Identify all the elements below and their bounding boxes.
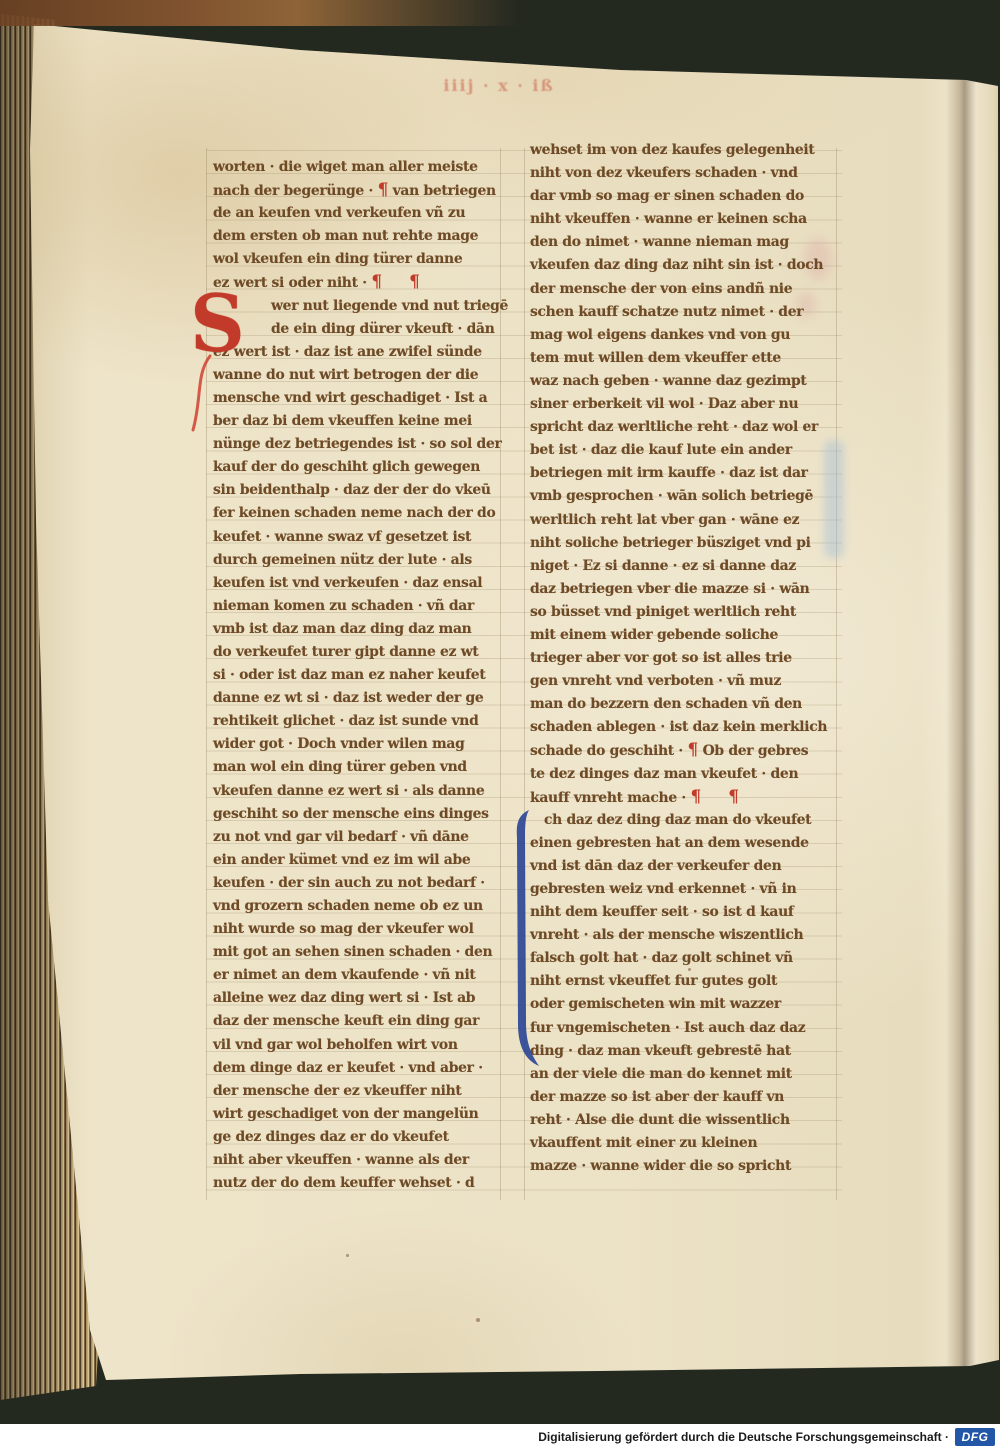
manuscript-line: siner erberkeit vil wol · Daz aber nu [530, 393, 834, 416]
manuscript-line: einen gebresten hat an dem wesende [530, 832, 834, 855]
manuscript-line: kauf der do geschiht glich gewegen [213, 456, 501, 479]
manuscript-line: vil vnd gar wol beholfen wirt von [213, 1034, 501, 1057]
manuscript-line: nutz der do dem keuffer wehset · d [213, 1172, 501, 1195]
manuscript-line: vnd ist dān daz der verkeufer den [530, 855, 834, 878]
manuscript-line: nünge dez betriegendes ist · so sol der [213, 433, 501, 456]
speck [688, 968, 691, 971]
manuscript-line: keufen ist vnd verkeufen · daz ensal [213, 572, 501, 595]
manuscript-line: durch gemeinen nütz der lute · als [213, 549, 501, 572]
initial-s-flourish [188, 352, 216, 434]
manuscript-line: daz der mensche keuft ein ding gar [213, 1010, 501, 1033]
manuscript-line: alleine wez daz ding wert si · Ist ab [213, 987, 501, 1010]
manuscript-line: nach der begerünge · ¶ van betriegen [213, 179, 501, 202]
manuscript-line: danne ez wt si · daz ist weder der ge [213, 687, 501, 710]
manuscript-line: waz nach geben · wanne daz gezimpt [530, 370, 834, 393]
manuscript-line: er nimet an dem vkaufende · vñ nit [213, 964, 501, 987]
manuscript-line: mit einem wider gebende soliche [530, 624, 834, 647]
manuscript-page-photo: iiij · x · iß worten · die wiget man all… [0, 0, 1000, 1450]
manuscript-line: trieger aber vor got so ist alles trie [530, 647, 834, 670]
dfg-credit-text: Digitalisierung gefördert durch die Deut… [538, 1430, 949, 1444]
manuscript-line: ber daz bi dem vkeuffen keine mei [213, 410, 501, 433]
manuscript-line: gen vnreht vnd verboten · vñ muz [530, 670, 834, 693]
manuscript-line: der mensche der von eins andñ nie [530, 278, 834, 301]
manuscript-line: wehset im von dez kaufes gelegenheit [530, 139, 834, 162]
manuscript-line: ge dez dinges daz er do vkeufet [213, 1126, 501, 1149]
manuscript-line: sin beidenthalp · daz der der do vkeū [213, 479, 501, 502]
manuscript-line: keufen · der sin auch zu not bedarf · [213, 872, 501, 895]
manuscript-line: oder gemischeten win mit wazzer [530, 993, 834, 1016]
faded-rubric-heading: iiij · x · iß [424, 76, 574, 95]
manuscript-line: der mensche der ez vkeuffer niht [213, 1080, 501, 1103]
manuscript-line: rehtikeit glichet · daz ist sunde vnd [213, 710, 501, 733]
manuscript-line: dem dinge daz er keufet · vnd aber · [213, 1057, 501, 1080]
manuscript-line: betriegen mit irm kauffe · daz ist dar [530, 462, 834, 485]
manuscript-line: schade do geschiht · ¶ Ob der gebres [530, 739, 834, 762]
manuscript-line: ein ander kümet vnd ez im wil abe [213, 849, 501, 872]
manuscript-line: nieman komen zu schaden · vñ dar [213, 595, 501, 618]
manuscript-line: vnreht · als der mensche wiszentlich [530, 924, 834, 947]
ruling-vertical [836, 148, 837, 1200]
manuscript-line: ch daz dez ding daz man do vkeufet [530, 809, 834, 832]
manuscript-line: niht aber vkeuffen · wanne als der [213, 1149, 501, 1172]
manuscript-line: dar vmb so mag er sinen schaden do [530, 185, 834, 208]
manuscript-line: niht ernst vkeuffet fur gutes golt [530, 970, 834, 993]
manuscript-line: den do nimet · wanne nieman mag [530, 231, 834, 254]
manuscript-line: spricht daz werltliche reht · daz wol er [530, 416, 834, 439]
manuscript-line: man wol ein ding türer geben vnd [213, 756, 501, 779]
manuscript-line: do verkeufet turer gipt danne ez wt [213, 641, 501, 664]
parchment-page: iiij · x · iß worten · die wiget man all… [0, 0, 1000, 1450]
manuscript-line: ding · daz man vkeuft gebrestē hat [530, 1040, 834, 1063]
manuscript-line: dem ersten ob man nut rehte mage [213, 225, 501, 248]
manuscript-line: vkauffent mit einer zu kleinen [530, 1132, 834, 1155]
text-column-left: worten · die wiget man aller meistenach … [213, 156, 501, 1195]
manuscript-line: ez wert si oder niht · ¶ ¶ [213, 271, 501, 294]
manuscript-line: wanne do nut wirt betrogen der die [213, 364, 501, 387]
manuscript-line: mensche vnd wirt geschadiget · Ist a [213, 387, 501, 410]
manuscript-line: vkeufen danne ez wert si · als danne [213, 780, 501, 803]
manuscript-line: reht · Alse die dunt die wissentlich [530, 1109, 834, 1132]
manuscript-line: de ein ding dürer vkeuft · dān [213, 318, 501, 341]
manuscript-line: daz betriegen vber die mazze si · wān [530, 578, 834, 601]
speck [476, 1318, 480, 1322]
manuscript-line: niget · Ez si danne · ez si danne daz [530, 555, 834, 578]
manuscript-line: bet ist · daz die kauf lute ein ander [530, 439, 834, 462]
footer-bar: Digitalisierung gefördert durch die Deut… [0, 1424, 1000, 1450]
manuscript-line: keufet · wanne swaz vf gesetzet ist [213, 526, 501, 549]
manuscript-line: mag wol eigens dankes vnd von gu [530, 324, 834, 347]
manuscript-line: wer nut liegende vnd nut triegē [213, 295, 501, 318]
manuscript-line: so büsset vnd piniget werltlich reht [530, 601, 834, 624]
manuscript-line: vmb ist daz man daz ding daz man [213, 618, 501, 641]
manuscript-line: niht wurde so mag der vkeufer wol [213, 918, 501, 941]
gutter-fold [946, 78, 976, 1368]
manuscript-line: mazze · wanne wider die so spricht [530, 1155, 834, 1178]
manuscript-line: fur vngemischeten · Ist auch daz daz [530, 1017, 834, 1040]
manuscript-line: wirt geschadiget von der mangelün [213, 1103, 501, 1126]
manuscript-line: vnd grozern schaden neme ob ez un [213, 895, 501, 918]
manuscript-line: schen kauff schatze nutz nimet · der [530, 301, 834, 324]
speck [346, 1254, 349, 1257]
dfg-logo: DFG [955, 1428, 995, 1446]
manuscript-line: geschiht so der mensche eins dinges [213, 803, 501, 826]
manuscript-line: te dez dinges daz man vkeufet · den [530, 763, 834, 786]
manuscript-line: mit got an sehen sinen schaden · den [213, 941, 501, 964]
manuscript-line: kauff vnreht mache · ¶ ¶ [530, 786, 834, 809]
manuscript-line: falsch golt hat · daz golt schinet vñ [530, 947, 834, 970]
manuscript-line: worten · die wiget man aller meiste [213, 156, 501, 179]
manuscript-line: werltlich reht lat vber gan · wāne ez [530, 509, 834, 532]
text-column-right: wehset im von dez kaufes gelegenheitniht… [530, 139, 834, 1178]
manuscript-line: niht dem keuffer seit · so ist d kauf [530, 901, 834, 924]
manuscript-line: man do bezzern den schaden vñ den [530, 693, 834, 716]
manuscript-line: niht von dez vkeufers schaden · vnd [530, 162, 834, 185]
manuscript-line: zu not vnd gar vil bedarf · vñ dāne [213, 826, 501, 849]
manuscript-line: vmb gesprochen · wān solich betriegē [530, 485, 834, 508]
manuscript-line: wol vkeufen ein ding türer danne [213, 248, 501, 271]
manuscript-line: si · oder ist daz man ez naher keufet [213, 664, 501, 687]
manuscript-line: ez wert ist · daz ist ane zwifel sünde [213, 341, 501, 364]
manuscript-line: de an keufen vnd verkeufen vñ zu [213, 202, 501, 225]
initial-i-blue [512, 808, 542, 1070]
manuscript-line: gebresten weiz vnd erkennet · vñ in [530, 878, 834, 901]
book-fore-edge [0, 0, 540, 26]
manuscript-line: vkeufen daz ding daz niht sin ist · doch [530, 254, 834, 277]
manuscript-line: niht soliche betrieger büsziget vnd pi [530, 532, 834, 555]
manuscript-line: wider got · Doch vnder wilen mag [213, 733, 501, 756]
manuscript-line: der mazze so ist aber der kauff vn [530, 1086, 834, 1109]
manuscript-line: an der viele die man do kennet mit [530, 1063, 834, 1086]
manuscript-line: fer keinen schaden neme nach der do [213, 502, 501, 525]
manuscript-line: niht vkeuffen · wanne er keinen scha [530, 208, 834, 231]
manuscript-line: schaden ablegen · ist daz kein merklich [530, 716, 834, 739]
manuscript-line: tem mut willen dem vkeuffer ette [530, 347, 834, 370]
